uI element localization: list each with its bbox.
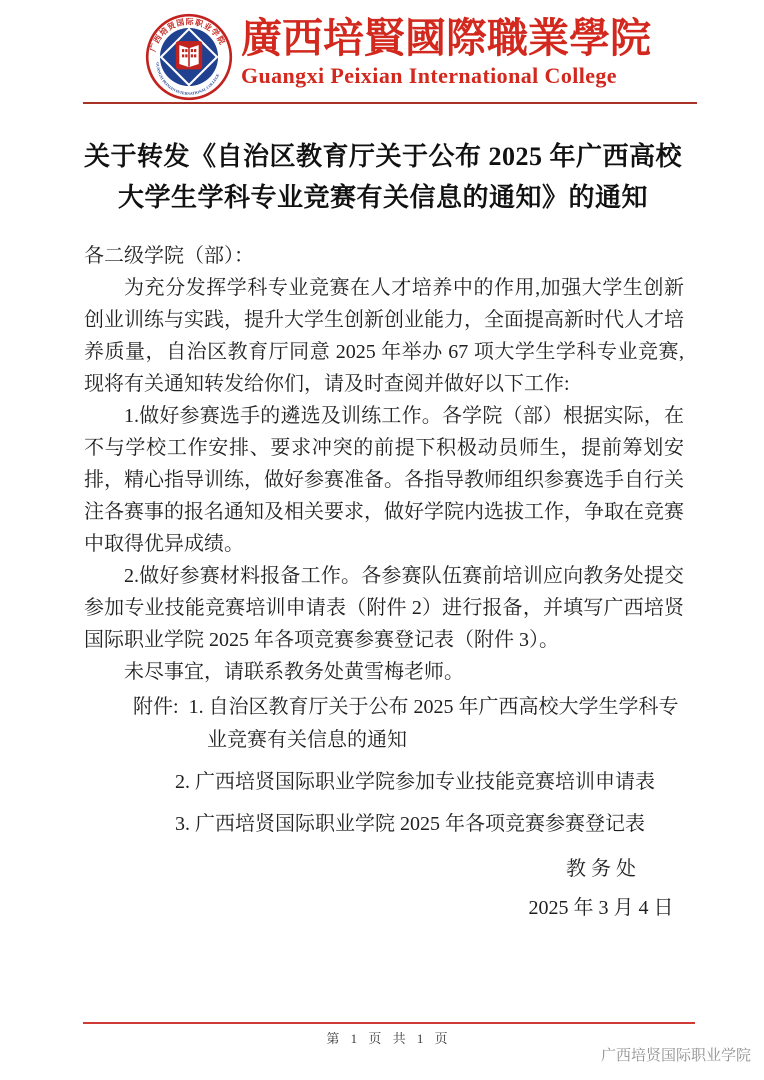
college-name-en: Guangxi Peixian International College [241,63,651,89]
college-logo: 广西培贤国际职业学院 GUANGXI PEIXIAN INTERNATIONAL… [143,13,235,101]
document-page: 广西培贤国际职业学院 GUANGXI PEIXIAN INTERNATIONAL… [0,0,764,1080]
college-name-zh: 廣西培賢國際職業學院 [241,15,651,61]
letterhead: 广西培贤国际职业学院 GUANGXI PEIXIAN INTERNATIONAL… [143,13,651,101]
footer-divider [83,1022,695,1024]
document-title: 关于转发《自治区教育厅关于公布 2025 年广西高校 大学生学科专业竞赛有关信息… [82,136,684,218]
letterhead-text: 廣西培賢國際職業學院 Guangxi Peixian International… [241,13,651,89]
watermark: 广西培贤国际职业学院 [601,1044,751,1065]
document-title-line2: 大学生学科专业竞赛有关信息的通知》的通知 [82,177,684,218]
paragraph-contact: 未尽事宜，请联系教务处黄雪梅老师。 [84,656,684,688]
salutation: 各二级学院（部）： [84,240,684,272]
document-body: 各二级学院（部）： 为充分发挥学科专业竞赛在人才培养中的作用,加强大学生创新创业… [84,240,684,688]
signature-date: 2025 年 3 月 4 日 [505,889,697,928]
paragraph-intro: 为充分发挥学科专业竞赛在人才培养中的作用,加强大学生创新创业训练与实践，提升大学… [84,272,684,400]
college-seal-icon: 广西培贤国际职业学院 GUANGXI PEIXIAN INTERNATIONAL… [143,13,235,101]
attachments-block: 附件:1. 自治区教育厅关于公布 2025 年广西高校大学生学科专业竞赛有关信息… [133,691,689,841]
attachment-item-3: 3. 广西培贤国际职业学院 2025 年各项竞赛参赛登记表 [175,808,689,841]
attachments-label: 附件: [133,696,179,718]
signature-block: 教 务 处 2025 年 3 月 4 日 [505,850,697,928]
attachment-item-1-text: 1. 自治区教育厅关于公布 2025 年广西高校大学生学科专业竞赛有关信息的通知 [189,696,679,751]
document-title-line1: 关于转发《自治区教育厅关于公布 2025 年广西高校 [82,136,684,177]
attachment-item-2: 2. 广西培贤国际职业学院参加专业技能竞赛培训申请表 [175,766,689,799]
signature-department: 教 务 处 [505,850,697,889]
attachment-item-1: 附件:1. 自治区教育厅关于公布 2025 年广西高校大学生学科专业竞赛有关信息… [133,691,689,757]
paragraph-item-2: 2.做好参赛材料报备工作。各参赛队伍赛前培训应向教务处提交参加专业技能竞赛培训申… [84,560,684,656]
paragraph-item-1: 1.做好参赛选手的遴选及训练工作。各学院（部）根据实际，在不与学校工作安排、要求… [84,400,684,560]
header-divider [83,102,697,104]
